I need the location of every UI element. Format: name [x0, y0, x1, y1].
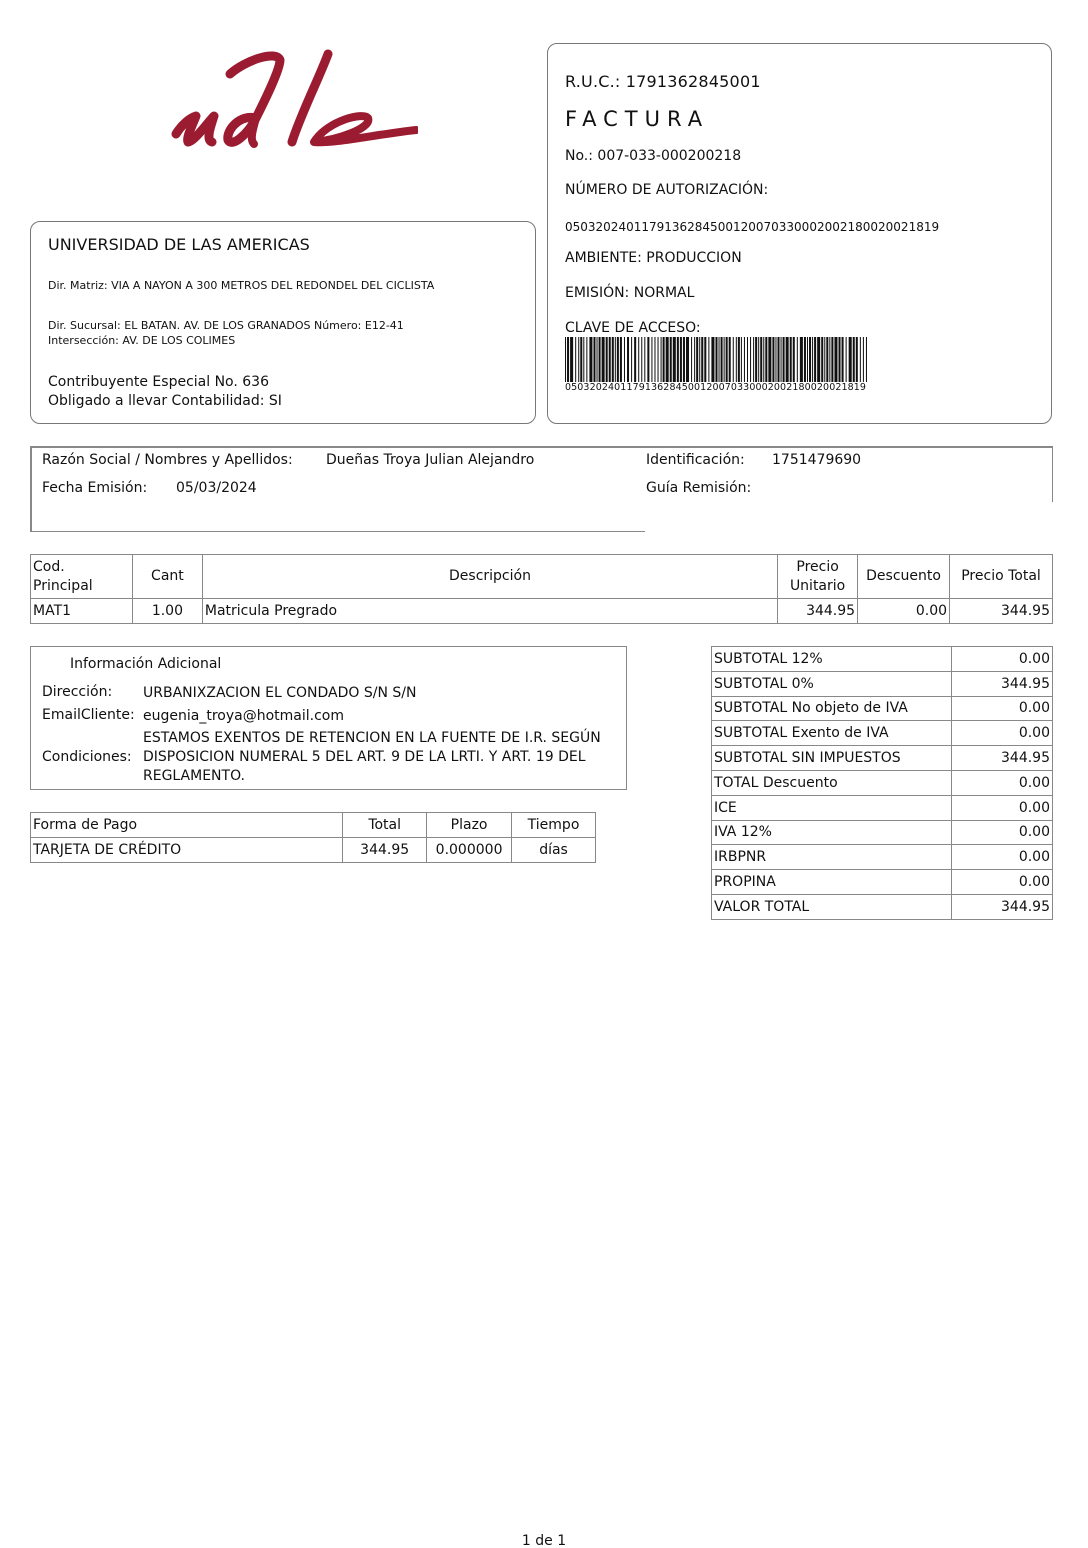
- totals-label: ICE: [712, 795, 952, 820]
- col-description: Descripción: [202, 555, 777, 599]
- branch-intersection: Intersección: AV. DE LOS COLIMES: [48, 333, 404, 348]
- payment-time: días: [512, 838, 596, 863]
- accounting-obligation: Obligado a llevar Contabilidad: SI: [48, 392, 282, 411]
- table-row: MAT1 1.00 Matricula Pregrado 344.95 0.00…: [31, 599, 1053, 624]
- barcode-icon: [565, 337, 869, 382]
- environment: AMBIENTE: PRODUCCION: [565, 250, 742, 266]
- customer-id: 1751479690: [772, 452, 861, 468]
- col-payment-term: Plazo: [427, 813, 512, 838]
- totals-row: IRBPNR0.00: [712, 845, 1053, 870]
- authorization-label: NÚMERO DE AUTORIZACIÓN:: [565, 182, 768, 198]
- totals-value: 0.00: [952, 696, 1053, 721]
- customer-id-label: Identificación:: [646, 452, 745, 468]
- conditions-label: Condiciones:: [42, 749, 132, 765]
- address-value: URBANIXZACION EL CONDADO S/N S/N: [143, 684, 416, 703]
- taxpayer-info: Contribuyente Especial No. 636 Obligado …: [48, 373, 282, 411]
- totals-row: VALOR TOTAL344.95: [712, 894, 1053, 919]
- totals-value: 0.00: [952, 647, 1053, 672]
- col-payment-time: Tiempo: [512, 813, 596, 838]
- issue-date: 05/03/2024: [176, 480, 257, 496]
- item-unit-price: 344.95: [778, 599, 858, 624]
- address-label: Dirección:: [42, 684, 112, 700]
- invoice-number: No.: 007-033-000200218: [565, 148, 741, 164]
- item-total: 344.95: [950, 599, 1053, 624]
- totals-label: VALOR TOTAL: [712, 894, 952, 919]
- totals-row: SUBTOTAL SIN IMPUESTOS344.95: [712, 746, 1053, 771]
- col-payment-total: Total: [343, 813, 427, 838]
- totals-value: 0.00: [952, 870, 1053, 895]
- table-row: TARJETA DE CRÉDITO 344.95 0.000000 días: [31, 838, 596, 863]
- item-code: MAT1: [31, 599, 133, 624]
- totals-label: IVA 12%: [712, 820, 952, 845]
- totals-row: SUBTOTAL 0%344.95: [712, 671, 1053, 696]
- col-qty: Cant: [132, 555, 202, 599]
- col-code: Cod.Principal: [31, 555, 133, 599]
- access-key: 0503202401179136284500120070330002002180…: [565, 382, 866, 393]
- totals-row: SUBTOTAL No objeto de IVA0.00: [712, 696, 1053, 721]
- totals-label: SUBTOTAL Exento de IVA: [712, 721, 952, 746]
- emission-type: EMISIÓN: NORMAL: [565, 285, 694, 301]
- payment-header-row: Forma de Pago Total Plazo Tiempo: [31, 813, 596, 838]
- totals-row: IVA 12%0.00: [712, 820, 1053, 845]
- conditions-value: ESTAMOS EXENTOS DE RETENCION EN LA FUENT…: [143, 729, 601, 786]
- udla-logo: [168, 46, 418, 158]
- remission-guide-label: Guía Remisión:: [646, 480, 751, 496]
- col-discount: Descuento: [858, 555, 950, 599]
- document-type: FACTURA: [565, 107, 709, 131]
- email-label: EmailCliente:: [42, 707, 135, 723]
- email-value: eugenia_troya@hotmail.com: [143, 707, 344, 726]
- totals-label: TOTAL Descuento: [712, 770, 952, 795]
- payment-term: 0.000000: [427, 838, 512, 863]
- company-name: UNIVERSIDAD DE LAS AMERICAS: [48, 235, 310, 254]
- col-total: Precio Total: [950, 555, 1053, 599]
- additional-info-box: Información Adicional Dirección: URBANIX…: [30, 646, 627, 790]
- totals-label: SUBTOTAL No objeto de IVA: [712, 696, 952, 721]
- authorization-number: 0503202401179136284500120070330002002180…: [565, 220, 939, 234]
- items-table: Cod.Principal Cant Descripción PrecioUni…: [30, 554, 1053, 624]
- totals-value: 0.00: [952, 820, 1053, 845]
- customer-name: Dueñas Troya Julian Alejandro: [326, 452, 534, 468]
- totals-value: 0.00: [952, 795, 1053, 820]
- customer-name-label: Razón Social / Nombres y Apellidos:: [42, 452, 293, 468]
- ruc: R.U.C.: 1791362845001: [565, 72, 761, 91]
- totals-row: SUBTOTAL 12%0.00: [712, 647, 1053, 672]
- customer-info-box: Razón Social / Nombres y Apellidos: Dueñ…: [30, 446, 1053, 532]
- branch-address-line: Dir. Sucursal: EL BATAN. AV. DE LOS GRAN…: [48, 318, 404, 333]
- item-discount: 0.00: [858, 599, 950, 624]
- totals-value: 0.00: [952, 721, 1053, 746]
- items-header-row: Cod.Principal Cant Descripción PrecioUni…: [31, 555, 1053, 599]
- totals-label: PROPINA: [712, 870, 952, 895]
- payment-total: 344.95: [343, 838, 427, 863]
- branch-address: Dir. Sucursal: EL BATAN. AV. DE LOS GRAN…: [48, 318, 404, 348]
- totals-label: SUBTOTAL SIN IMPUESTOS: [712, 746, 952, 771]
- totals-row: PROPINA0.00: [712, 870, 1053, 895]
- totals-row: SUBTOTAL Exento de IVA0.00: [712, 721, 1053, 746]
- totals-value: 0.00: [952, 770, 1053, 795]
- issue-date-label: Fecha Emisión:: [42, 480, 147, 496]
- main-address: Dir. Matriz: VIA A NAYON A 300 METROS DE…: [48, 279, 434, 292]
- additional-info-title: Información Adicional: [70, 656, 221, 672]
- totals-table: SUBTOTAL 12%0.00SUBTOTAL 0%344.95SUBTOTA…: [711, 646, 1053, 920]
- totals-row: TOTAL Descuento0.00: [712, 770, 1053, 795]
- payment-table: Forma de Pago Total Plazo Tiempo TARJETA…: [30, 812, 596, 863]
- invoice-header-box: R.U.C.: 1791362845001 FACTURA No.: 007-0…: [547, 43, 1052, 424]
- item-description: Matricula Pregrado: [202, 599, 777, 624]
- totals-label: SUBTOTAL 0%: [712, 671, 952, 696]
- totals-value: 0.00: [952, 845, 1053, 870]
- company-info-box: UNIVERSIDAD DE LAS AMERICAS Dir. Matriz:…: [30, 221, 536, 424]
- payment-method: TARJETA DE CRÉDITO: [31, 838, 343, 863]
- item-qty: 1.00: [132, 599, 202, 624]
- totals-value: 344.95: [952, 894, 1053, 919]
- totals-value: 344.95: [952, 671, 1053, 696]
- totals-row: ICE0.00: [712, 795, 1053, 820]
- special-taxpayer: Contribuyente Especial No. 636: [48, 373, 282, 392]
- totals-label: IRBPNR: [712, 845, 952, 870]
- access-key-label: CLAVE DE ACCESO:: [565, 320, 701, 336]
- page-number: 1 de 1: [0, 1533, 1088, 1548]
- col-unit-price: PrecioUnitario: [778, 555, 858, 599]
- col-payment-method: Forma de Pago: [31, 813, 343, 838]
- totals-label: SUBTOTAL 12%: [712, 647, 952, 672]
- totals-value: 344.95: [952, 746, 1053, 771]
